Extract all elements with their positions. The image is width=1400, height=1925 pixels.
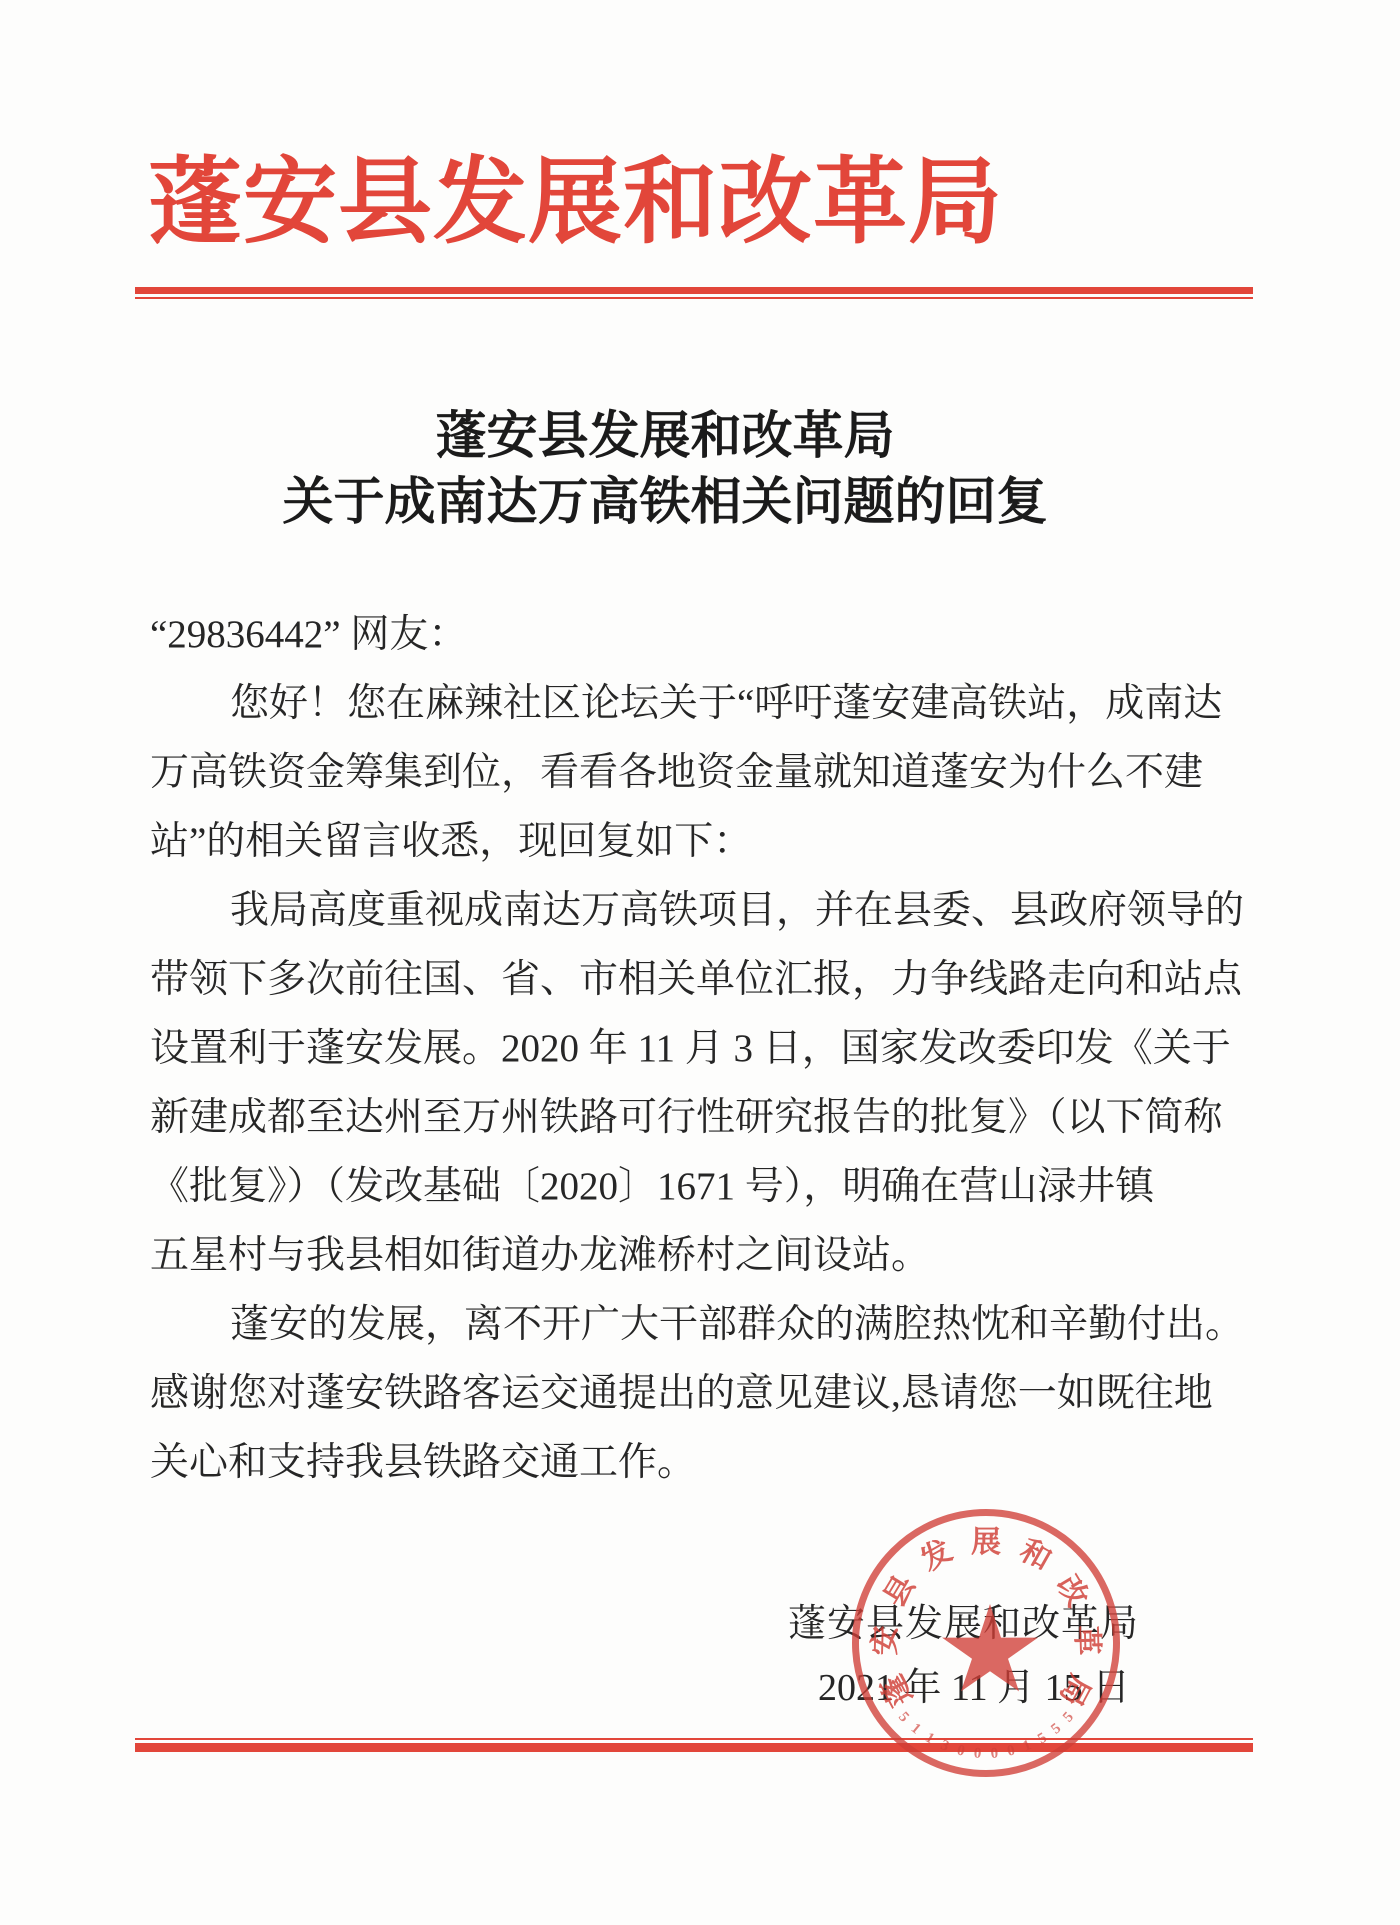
seal-ring-char: 革: [1068, 1622, 1105, 1659]
body-line: 《批复》）（发改基础〔2020〕1671 号），明确在营山渌井镇: [150, 1152, 1280, 1221]
header-divider-thick: [135, 287, 1253, 294]
seal-ring-char: 展: [968, 1525, 1004, 1561]
body-line: 设置利于蓬安发展。2020 年 11 月 3 日，国家发改委印发《关于: [150, 1014, 1280, 1083]
body-line: 五星村与我县相如街道办龙滩桥村之间设站。: [150, 1221, 1280, 1290]
seal-ring-char: 安: [868, 1622, 905, 1659]
body-line: 您好！您在麻辣社区论坛关于“呼吁蓬安建高铁站，成南达: [150, 669, 1280, 738]
body-line: 我局高度重视成南达万高铁项目，并在县委、县政府领导的: [150, 876, 1280, 945]
body-line: 蓬安的发展，离不开广大干部群众的满腔热忱和辛勤付出。: [150, 1290, 1280, 1359]
header-divider-thin: [135, 297, 1253, 299]
document-title-line2: 关于成南达万高铁相关问题的回复: [80, 460, 1250, 534]
body-line: 带领下多次前往国、省、市相关单位汇报，力争线路走向和站点: [150, 945, 1280, 1014]
body-line: 新建成都至达州至万州铁路可行性研究报告的批复》（以下简称: [150, 1083, 1280, 1152]
document-body: “29836442” 网友： 您好！您在麻辣社区论坛关于“呼吁蓬安建高铁站，成南…: [150, 600, 1280, 1497]
salutation: “29836442” 网友：: [150, 600, 1280, 669]
body-line: 站”的相关留言收悉，现回复如下：: [150, 807, 1280, 876]
body-line: 感谢您对蓬安铁路客运交通提出的意见建议,恳请您一如既往地: [150, 1359, 1280, 1428]
body-line: 关心和支持我县铁路交通工作。: [150, 1428, 1280, 1497]
official-seal: 蓬安县发展和改革局 511300001555: [852, 1509, 1120, 1777]
document-title-line1: 蓬安县发展和改革局: [80, 394, 1250, 468]
body-lines: 您好！您在麻辣社区论坛关于“呼吁蓬安建高铁站，成南达万高铁资金筹集到位，看看各地…: [150, 669, 1280, 1497]
document-page: 蓬安县发展和改革局 蓬安县发展和改革局 关于成南达万高铁相关问题的回复 “298…: [0, 0, 1400, 1925]
body-line: 万高铁资金筹集到位，看看各地资金量就知道蓬安为什么不建: [150, 738, 1280, 807]
letterhead-title: 蓬安县发展和改革局: [148, 126, 1003, 261]
